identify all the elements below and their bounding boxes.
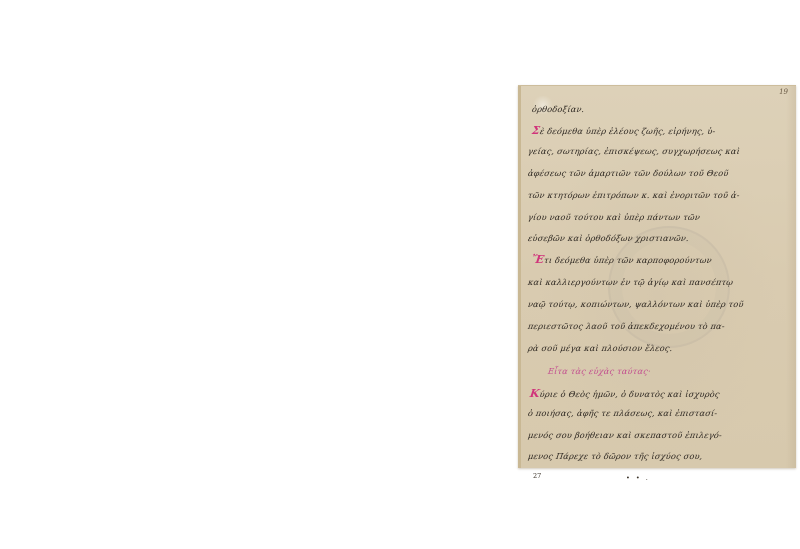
manuscript-line: εὐσεβῶν καὶ ὀρθοδόξων χριστιανῶν. [527,233,689,243]
manuscript-line: ὀρθοδοξίαν. [531,104,585,114]
manuscript-line: περιεστῶτος λαοῦ τοῦ ἀπεκδεχομένου τὸ πα… [527,321,725,331]
manuscript-line: ὁ ποιήσας, ἀφῆς τε πλάσεως, καὶ ἐπιστασί… [527,408,718,418]
manuscript-line: γίου ναοῦ τούτου καὶ ὑπὲρ πάντων τῶν [527,212,700,222]
manuscript-line: Σὲ δεόμεθα ὑπὲρ ἐλέους ζωῆς, εἰρήνης, ὑ- [531,124,716,137]
manuscript-page: 19 ὀρθοδοξίαν. Σὲ δεόμεθα ὑπὲρ ἐλέους ζω… [518,85,796,468]
manuscript-line: μενός σου βοήθειαν καὶ σκεπαστοῦ ἐπιλεγό… [527,430,722,440]
manuscript-line: ναῷ τούτῳ, κοπιώντων, ψαλλόντων καὶ ὑπὲρ… [527,299,744,309]
page-left-edge [518,86,521,468]
footer-mark: • • . [626,474,650,482]
manuscript-line: καὶ καλλιεργούντων ἐν τῷ ἁγίῳ καὶ πανσέπ… [527,277,734,287]
signature-number: 27 [533,472,541,480]
page-number: 19 [779,88,788,96]
manuscript-line: Κύριε ὁ Θεὸς ἡμῶν, ὁ δυνατὸς καὶ ἰσχυρὸς [529,387,721,400]
rubric-heading: Εἶτα τὰς εὐχὰς ταύτας· [547,366,651,376]
manuscript-line: ἀφέσεως τῶν ἁμαρτιῶν τῶν δούλων τοῦ Θεοῦ [527,168,729,178]
manuscript-line: Ἔτι δεόμεθα ὑπὲρ τῶν καρποφορούντων [531,253,713,266]
manuscript-line: γείας, σωτηρίας, ἐπισκέψεως, συγχωρήσεως… [527,146,740,156]
manuscript-line: ρὰ σοῦ μέγα καὶ πλούσιον ἔλεος. [527,343,673,353]
page-fold-shadow [786,86,796,468]
manuscript-line: τῶν κτητόρων ἐπιτρόπων κ. καὶ ἐνοριτῶν τ… [527,190,740,200]
manuscript-line: μενος Πάρεχε τὸ δῶρον τῆς ἰσχύος σου, [527,451,703,461]
